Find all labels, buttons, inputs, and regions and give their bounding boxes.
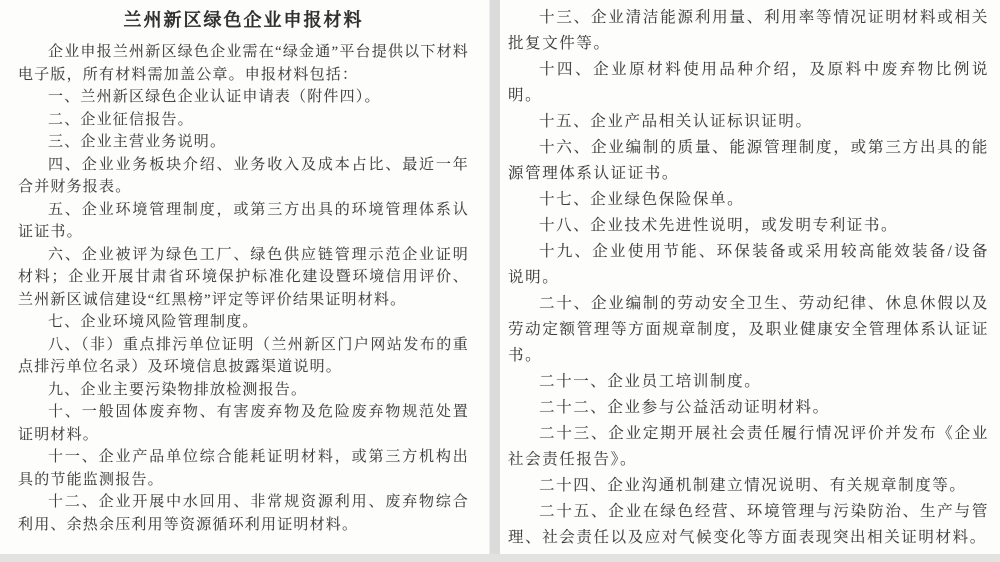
list-item-5: 五、企业环境管理制度，或第三方出具的环境管理体系认证证书。 <box>18 199 469 244</box>
page-left: 兰州新区绿色企业申报材料 企业申报兰州新区绿色企业需在“绿金通”平台提供以下材料… <box>0 0 490 554</box>
list-item-14: 十四、企业原材料使用品种介绍，及原料中废弃物比例说明。 <box>508 57 989 109</box>
list-item-23: 二十三、企业定期开展社会责任履行情况评价并发布《企业社会责任报告》。 <box>508 421 989 473</box>
list-item-21: 二十一、企业员工培训制度。 <box>508 369 989 395</box>
document-view: 兰州新区绿色企业申报材料 企业申报兰州新区绿色企业需在“绿金通”平台提供以下材料… <box>0 0 1000 562</box>
list-item-1: 一、兰州新区绿色企业认证申请表（附件四）。 <box>18 86 469 109</box>
list-item-20: 二十、企业编制的劳动安全卫生、劳动纪律、休息休假以及劳动定额管理等方面规章制度，… <box>508 291 989 369</box>
list-item-11: 十一、企业产品单位综合能耗证明材料，或第三方机构出具的节能监测报告。 <box>18 446 469 491</box>
bottom-strip <box>0 554 1000 562</box>
list-item-17: 十七、企业绿色保险保单。 <box>508 187 989 213</box>
list-item-6: 六、企业被评为绿色工厂、绿色供应链管理示范企业证明材料；企业开展甘肃省环境保护标… <box>18 244 469 312</box>
document-title: 兰州新区绿色企业申报材料 <box>18 8 469 32</box>
list-item-8: 八、（非）重点排污单位证明（兰州新区门户网站发布的重点排污单位名录）及环境信息披… <box>18 334 469 379</box>
list-item-22: 二十二、企业参与公益活动证明材料。 <box>508 395 989 421</box>
list-item-24: 二十四、企业沟通机制建立情况说明、有关规章制度等。 <box>508 473 989 499</box>
list-item-18: 十八、企业技术先进性说明，或发明专利证书。 <box>508 213 989 239</box>
intro-paragraph: 企业申报兰州新区绿色企业需在“绿金通”平台提供以下材料电子版，所有材料需加盖公章… <box>18 41 469 86</box>
page-gutter <box>490 0 500 554</box>
list-item-15: 十五、企业产品相关认证标识证明。 <box>508 109 989 135</box>
list-item-19: 十九、企业使用节能、环保装备或采用较高能效装备/设备说明。 <box>508 239 989 291</box>
list-item-13: 十三、企业清洁能源利用量、利用率等情况证明材料或相关批复文件等。 <box>508 5 989 57</box>
list-item-9: 九、企业主要污染物排放检测报告。 <box>18 379 469 402</box>
list-item-16: 十六、企业编制的质量、能源管理制度，或第三方出具的能源管理体系认证证书。 <box>508 135 989 187</box>
list-item-12: 十二、企业开展中水回用、非常规资源利用、废弃物综合利用、余热余压利用等资源循环利… <box>18 491 469 536</box>
list-item-4: 四、企业业务板块介绍、业务收入及成本占比、最近一年合并财务报表。 <box>18 154 469 199</box>
list-item-3: 三、企业主营业务说明。 <box>18 131 469 154</box>
list-item-25: 二十五、企业在绿色经营、环境管理与污染防治、生产与管理、社会责任以及应对气候变化… <box>508 499 989 551</box>
list-item-2: 二、企业征信报告。 <box>18 109 469 132</box>
list-item-10: 十、一般固体废弃物、有害废弃物及危险废弃物规范处置证明材料。 <box>18 401 469 446</box>
list-item-7: 七、企业环境风险管理制度。 <box>18 311 469 334</box>
page-right: 十三、企业清洁能源利用量、利用率等情况证明材料或相关批复文件等。 十四、企业原材… <box>500 0 1000 554</box>
